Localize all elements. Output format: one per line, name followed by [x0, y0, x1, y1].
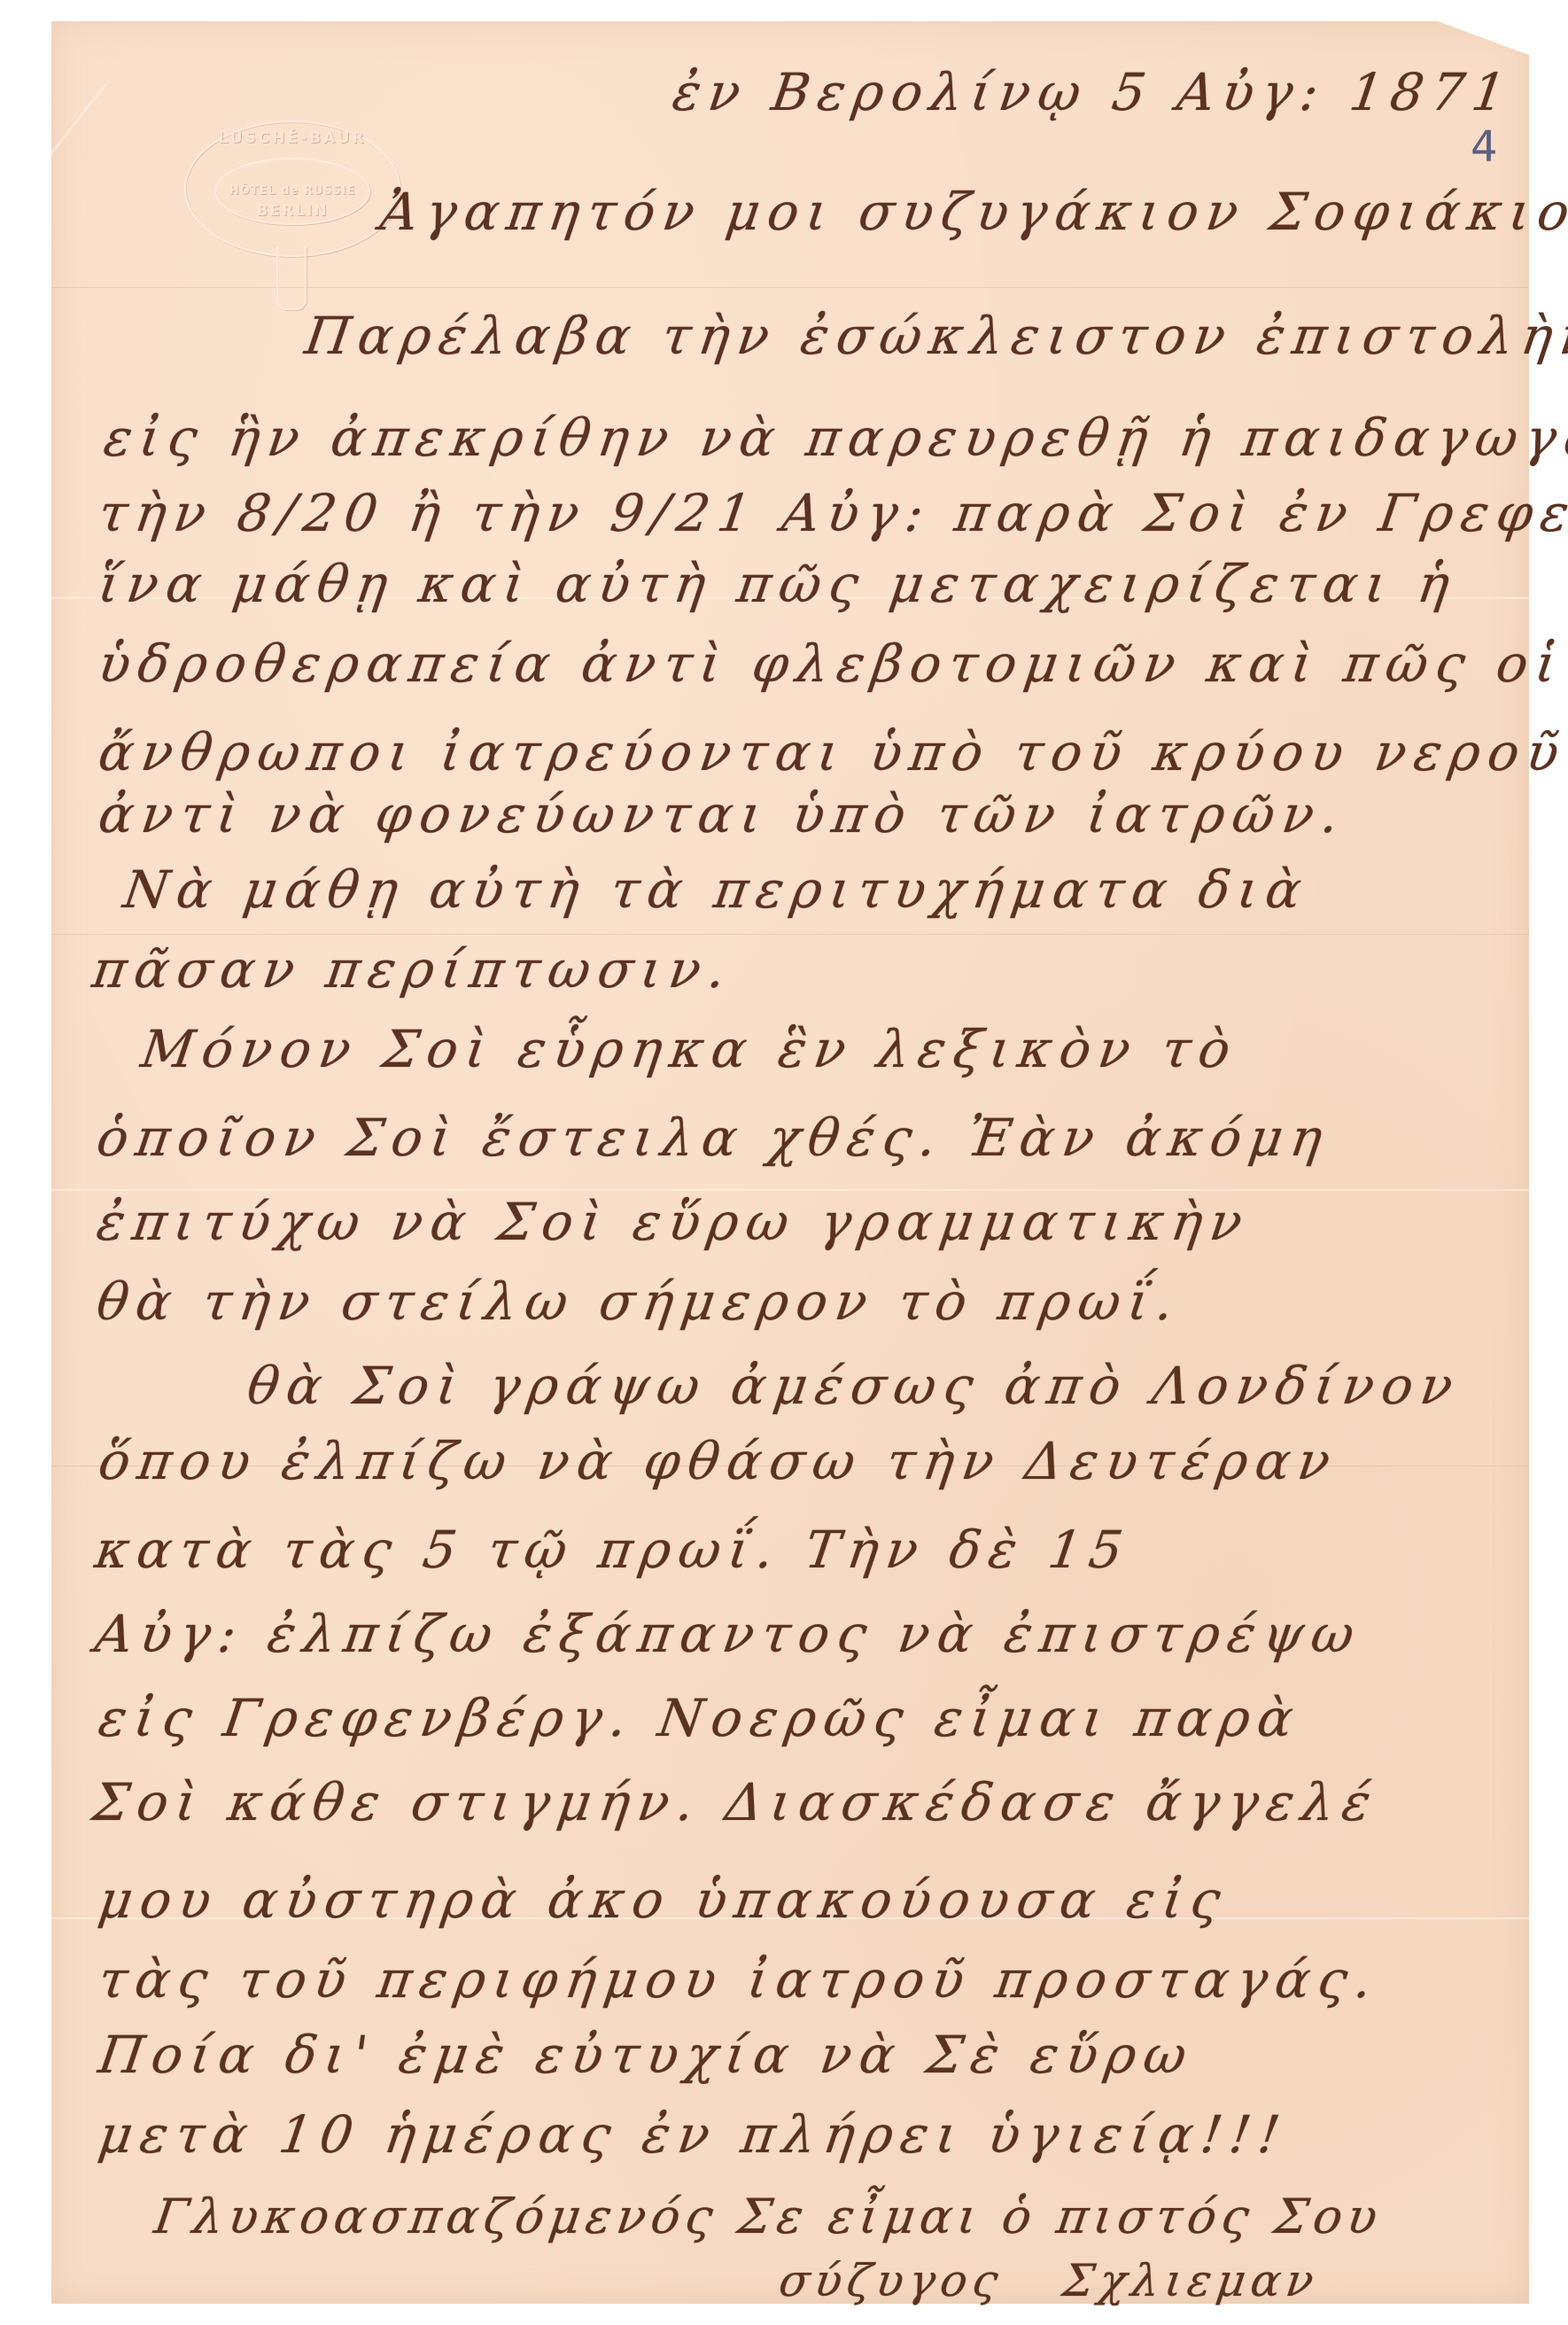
- paper-fold: [51, 287, 1529, 288]
- signature-name: Σχλιεμαν: [1060, 2255, 1323, 2306]
- letter-line: πᾶσαν περίπτωσιν.: [89, 939, 737, 999]
- letter-line: θὰ τὴν στείλω σήμερον τὸ πρωΐ.: [93, 1271, 1185, 1332]
- letter-line-with-strikethrough: μου αὐστηρὰ ἀκο ὑπακούουσα εἰς: [95, 1870, 1231, 1930]
- letter-line: εἰς Γρεφενβέργ. Νοερῶς εἶμαι παρὰ: [95, 1688, 1305, 1748]
- embossed-letterhead-seal: LUSCHÉ-BAUR HÔTEL de RUSSIE BERLIN: [184, 121, 400, 257]
- closing-line: Γλυκοασπαζόμενός Σε εἶμαι ὁ πιστός Σου: [151, 2189, 1386, 2244]
- letter-line: τὰς τοῦ περιφήμου ἰατροῦ προσταγάς.: [95, 1949, 1384, 2010]
- signature-role: σύζυγος: [776, 2255, 1006, 2306]
- letter-line: Αὐγ: ἐλπίζω ἐξάπαντος νὰ ἐπιστρέψω: [91, 1604, 1365, 1664]
- letter-line: ὑδροθεραπεία ἀντὶ φλεβοτομιῶν καὶ πῶς οἱ: [95, 634, 1568, 694]
- eagle-emblem-icon: [276, 246, 307, 310]
- paper-fold: [51, 934, 1529, 935]
- letter-line: μετὰ 10 ἡμέρας ἐν πλήρει ὑγιείᾳ!!!: [95, 2104, 1292, 2165]
- letter-line: Νὰ μάθῃ αὐτὴ τὰ περιτυχήματα διὰ: [120, 859, 1313, 920]
- letter-line-with-underline: Σοὶ κάθε στιγμήν. Διασκέδασε ἄγγελέ: [89, 1772, 1382, 1832]
- letter-line: ἄνθρωποι ἰατρεύονται ὑπὸ τοῦ κρύου νεροῦ: [95, 722, 1568, 782]
- letter-line: Μόνον Σοὶ εὗρηκα ἓν λεξικὸν τὸ: [137, 1019, 1242, 1079]
- letter-line: ἀντὶ νὰ φονεύωνται ὑπὸ τῶν ἰατρῶν.: [95, 784, 1350, 844]
- letter-line: τὴν 8/20 ἢ τὴν 9/21 Αὐγ: παρὰ Σοὶ ἐν Γρε…: [95, 483, 1568, 543]
- letterhead-ring-text: LUSCHÉ-BAUR: [186, 129, 399, 147]
- letter-line: ἐπιτύχω νὰ Σοὶ εὕρω γραμματικὴν: [93, 1192, 1254, 1252]
- letter-line: ὅπου ἐλπίζω νὰ φθάσω τὴν Δευτέραν: [95, 1431, 1342, 1491]
- dateline: ἐν Βερολίνῳ 5 Αὐγ: 1871: [669, 62, 1517, 122]
- letter-line: εἰς ἣν ἀπεκρίθην νὰ παρευρεθῇ ἡ παιδαγωγ…: [100, 408, 1568, 468]
- letterhead-city: BERLIN: [186, 202, 399, 220]
- letter-line: ἵνα μάθῃ καὶ αὐτὴ πῶς μεταχειρίζεται ἡ: [95, 554, 1461, 614]
- page-number: 4: [1471, 122, 1498, 172]
- salutation: Ἀγαπητόν μοι συζυγάκιον Σοφιάκιον: [376, 182, 1568, 242]
- letter-line: κατὰ τὰς 5 τῷ πρωΐ. Τὴν δὲ 15: [91, 1520, 1134, 1580]
- letter-line: Ποία δι' ἐμὲ εὐτυχία νὰ Σὲ εὕρω: [95, 2025, 1198, 2085]
- letter-line: θὰ Σοὶ γράψω ἀμέσως ἀπὸ Λονδίνον: [244, 1356, 1464, 1416]
- paper-fold: [51, 1189, 1529, 1191]
- letterhead-hotel: HÔTEL de RUSSIE: [186, 184, 399, 198]
- letter-line: Παρέλαβα τὴν ἐσώκλειστον ἐπιστολὴν: [301, 306, 1568, 366]
- letter-line: ὁποῖον Σοὶ ἔστειλα χθές. Ἐὰν ἀκόμη: [93, 1108, 1333, 1168]
